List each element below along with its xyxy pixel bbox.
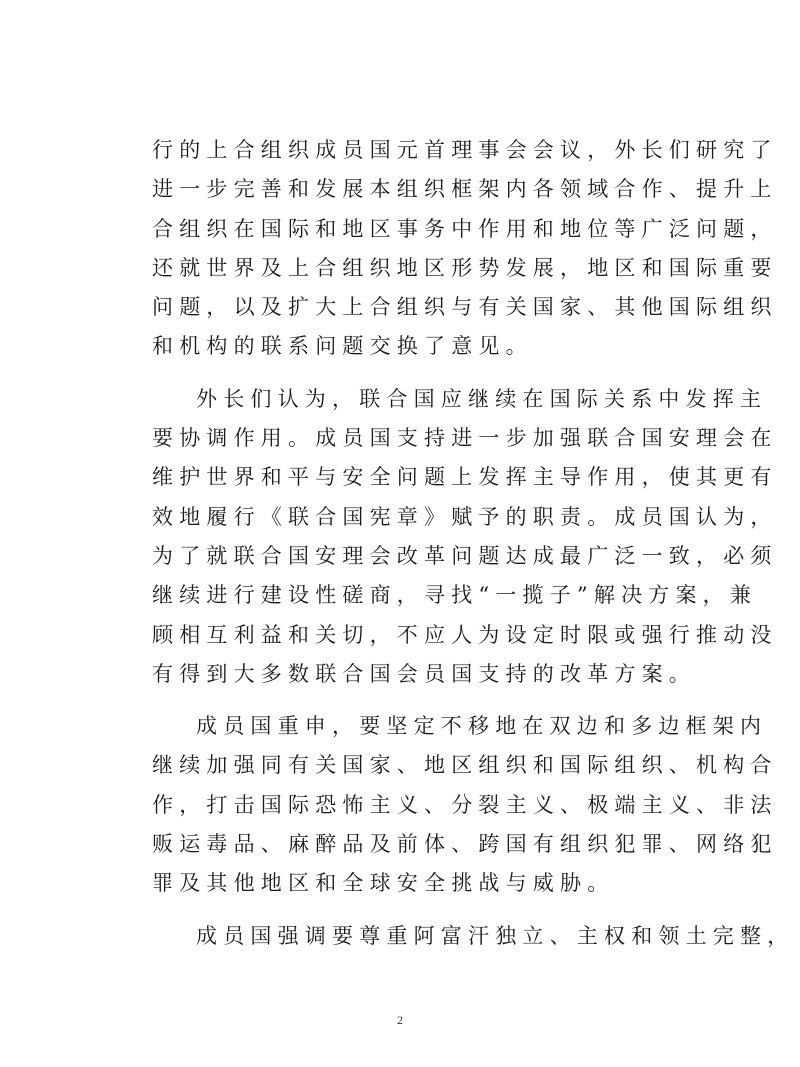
text-line: 外长们认为，联合国应继续在国际关系中发挥主	[152, 380, 652, 419]
text-line: 问题，以及扩大上合组织与有关国家、其他国际组织	[152, 288, 652, 327]
document-page: 行的上合组织成员国元首理事会会议，外长们研究了 进一步完善和发展本组织框架内各领…	[0, 0, 800, 1067]
text-line: 行的上合组织成员国元首理事会会议，外长们研究了	[152, 131, 652, 170]
text-line: 继续进行建设性磋商，寻找“一揽子”解决方案，兼	[152, 576, 652, 615]
paragraph-1: 行的上合组织成员国元首理事会会议，外长们研究了 进一步完善和发展本组织框架内各领…	[152, 131, 652, 367]
text-line: 维护世界和平与安全问题上发挥主导作用，使其更有	[152, 458, 652, 497]
document-body: 行的上合组织成员国元首理事会会议，外长们研究了 进一步完善和发展本组织框架内各领…	[152, 131, 652, 969]
page-number: 2	[0, 1013, 800, 1028]
text-line: 成员国强调要尊重阿富汗独立、主权和领土完整，	[152, 917, 652, 956]
text-line: 要协调作用。成员国支持进一步加强联合国安理会在	[152, 419, 652, 458]
paragraph-3: 成员国重申，要坚定不移地在双边和多边框架内 继续加强同有关国家、地区组织和国际组…	[152, 707, 652, 903]
text-line: 有得到大多数联合国会员国支持的改革方案。	[152, 655, 652, 694]
text-line: 成员国重申，要坚定不移地在双边和多边框架内	[152, 707, 652, 746]
text-line: 贩运毒品、麻醉品及前体、跨国有组织犯罪、网络犯	[152, 825, 652, 864]
text-line: 还就世界及上合组织地区形势发展，地区和国际重要	[152, 249, 652, 288]
text-line: 顾相互利益和关切，不应人为设定时限或强行推动没	[152, 616, 652, 655]
text-line: 和机构的联系问题交换了意见。	[152, 327, 652, 366]
paragraph-2: 外长们认为，联合国应继续在国际关系中发挥主 要协调作用。成员国支持进一步加强联合…	[152, 380, 652, 694]
text-line: 继续加强同有关国家、地区组织和国际组织、机构合	[152, 746, 652, 785]
text-line: 罪及其他地区和全球安全挑战与威胁。	[152, 864, 652, 903]
text-line: 合组织在国际和地区事务中作用和地位等广泛问题，	[152, 210, 652, 249]
text-line: 进一步完善和发展本组织框架内各领域合作、提升上	[152, 170, 652, 209]
paragraph-4: 成员国强调要尊重阿富汗独立、主权和领土完整，	[152, 917, 652, 956]
text-line: 作，打击国际恐怖主义、分裂主义、极端主义、非法	[152, 786, 652, 825]
text-line: 效地履行《联合国宪章》赋予的职责。成员国认为，	[152, 498, 652, 537]
text-line: 为了就联合国安理会改革问题达成最广泛一致，必须	[152, 537, 652, 576]
